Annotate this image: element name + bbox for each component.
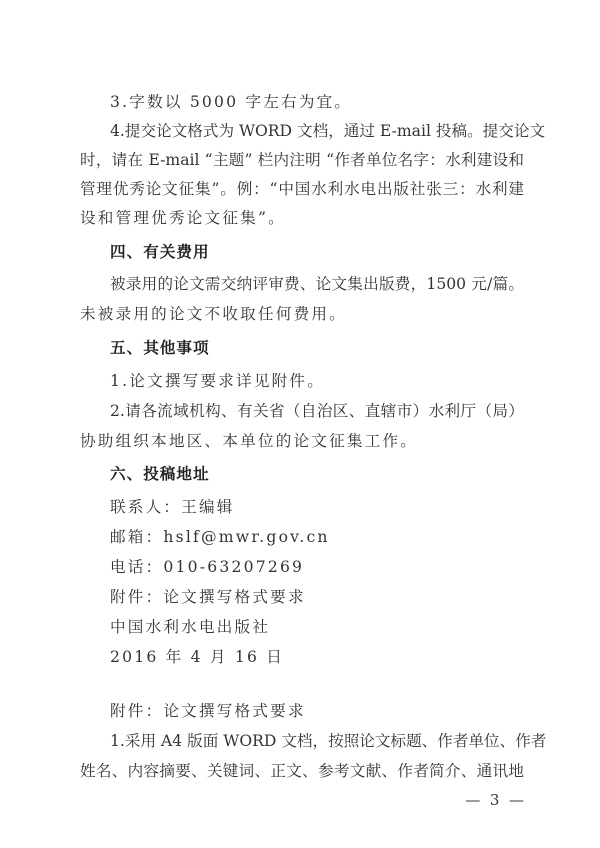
attachment-item-1-line-2: 姓名、内容摘要、关键词、正文、参考文献、作者简介、通讯地 xyxy=(80,757,524,786)
other-item-2-line-1: 2.请各流域机构、有关省（自治区、直辖市）水利厅（局） xyxy=(110,397,524,426)
submission-format-line-2: 时，请在 E-mail “主题” 栏内注明 “作者单位名字：水利建设和 xyxy=(80,146,524,175)
section-heading-address: 六、投稿地址 xyxy=(110,460,524,489)
section-heading-fees: 四、有关费用 xyxy=(110,238,524,267)
submission-format-line-4: 设和管理优秀论文征集”。 xyxy=(80,204,524,233)
contact-email: 邮箱：hslf@mwr.gov.cn xyxy=(110,523,524,552)
contact-phone: 电话：010-63207269 xyxy=(110,553,524,582)
section-heading-other: 五、其他事项 xyxy=(110,334,524,363)
other-item-2-line-2: 协助组织本地区、本单位的论文征集工作。 xyxy=(80,427,524,456)
fees-line-2: 未被录用的论文不收取任何费用。 xyxy=(80,300,524,329)
attachment-item-1-line-1: 1.采用 A4 版面 WORD 文档，按照论文标题、作者单位、作者 xyxy=(110,727,524,756)
submission-format-line-1: 4.提交论文格式为 WORD 文档，通过 E-mail 投稿。提交论文 xyxy=(110,117,524,146)
publisher-name: 中国水利水电出版社 xyxy=(110,613,524,642)
attachment-title: 附件：论文撰写格式要求 xyxy=(110,697,524,726)
attachment-reference: 附件：论文撰写格式要求 xyxy=(110,583,524,612)
contact-person: 联系人：王编辑 xyxy=(110,493,524,522)
fees-line-1: 被录用的论文需交纳评审费、论文集出版费，1500 元/篇。 xyxy=(110,270,524,299)
other-item-1: 1.论文撰写要求详见附件。 xyxy=(110,367,524,396)
page-number: — 3 — xyxy=(460,786,524,815)
document-page: 3.字数以 5000 字左右为宜。 4.提交论文格式为 WORD 文档，通过 E… xyxy=(0,0,600,848)
submission-format-line-3: 管理优秀论文征集”。例：“中国水利水电出版社张三：水利建 xyxy=(80,175,524,204)
word-count-requirement: 3.字数以 5000 字左右为宜。 xyxy=(110,88,524,117)
document-date: 2016 年 4 月 16 日 xyxy=(110,643,524,672)
